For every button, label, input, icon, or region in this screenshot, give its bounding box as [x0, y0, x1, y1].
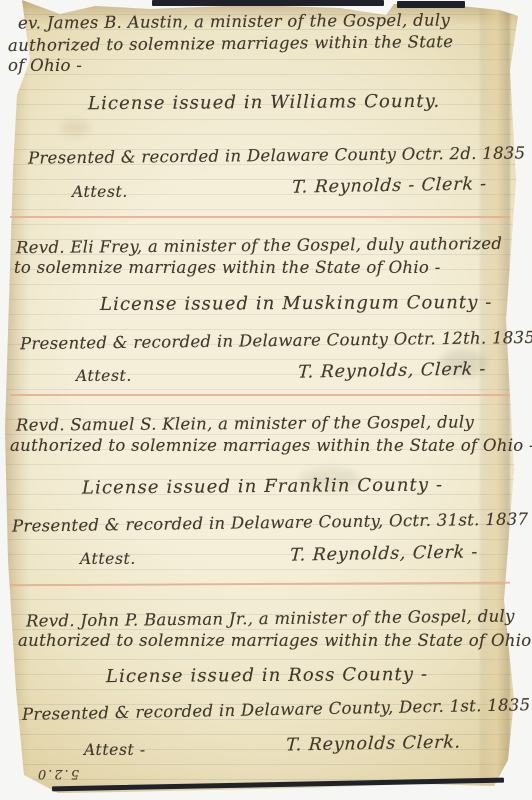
license-issued-line: License issued in Ross County - [106, 664, 428, 688]
license-issued-line: License issued in Muskingum County - [100, 292, 493, 316]
attest-label: Attest - [84, 741, 146, 759]
license-issued-line: License issued in Williams County. [88, 91, 440, 115]
clerk-signature: T. Reynolds - Clerk - [291, 174, 487, 197]
entry-intro-line: authorized to solemnize marriages within… [8, 32, 453, 55]
scan-edge-strip-top-right [397, 1, 465, 8]
entry-intro-line: of Ohio - [8, 56, 82, 75]
entry-intro-line: authorized to solemnize marriages within… [18, 631, 532, 650]
clerk-signature: T. Reynolds Clerk. [285, 732, 461, 755]
paper-stain [60, 120, 90, 136]
section-divider [10, 216, 510, 218]
clerk-signature: T. Reynolds, Clerk - [297, 359, 486, 382]
upside-down-page-number-note: 5.2.0 [36, 766, 79, 781]
section-divider [10, 394, 510, 396]
attest-label: Attest. [72, 183, 128, 201]
attest-label: Attest. [76, 367, 132, 385]
paper-crease-right [480, 8, 510, 786]
attest-label: Attest. [80, 550, 136, 568]
entry-intro-line: authorized to solemnize marriages within… [10, 436, 532, 455]
entry-intro-line: to solemnize marriages within the State … [14, 258, 441, 277]
scanned-ledger-page: ev. James B. Austin, a minister of the G… [0, 0, 532, 800]
license-issued-line: License issued in Franklin County - [82, 474, 443, 499]
scan-edge-strip-top-left [152, 0, 384, 6]
entry-intro-line: ev. James B. Austin, a minister of the G… [18, 10, 450, 32]
entry-intro-line: Revd. Samuel S. Klein, a minister of the… [16, 412, 474, 434]
torn-edge-shading-left [0, 0, 30, 800]
clerk-signature: T. Reynolds, Clerk - [289, 542, 478, 565]
